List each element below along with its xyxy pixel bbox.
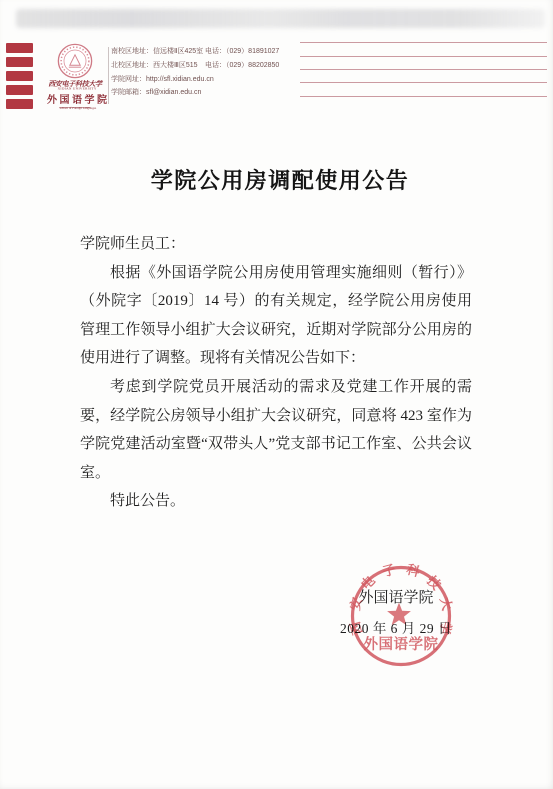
school-name-cn: 外国语学院 [47,95,105,107]
red-bar [6,43,33,53]
ruled-line [300,96,547,97]
page-title: 学院公用房调配使用公告 [10,164,550,195]
ruled-line [300,42,547,43]
seal-bottom-text: 外国语学院 [364,635,439,653]
red-bar [6,99,33,109]
ruled-line [300,69,547,70]
contact-row-email: 学院邮箱：sfl@xidian.edu.cn [111,86,301,100]
letterhead-divider [108,47,109,104]
red-bar [6,57,33,67]
document-body: 学院师生员工： 根据《外国语学院公用房使用管理实施细则（暂行）》（外院字〔201… [80,230,472,516]
body-paragraph: 根据《外国语学院公用房使用管理实施细则（暂行）》（外院字〔2019〕14 号）的… [80,259,472,373]
school-name-en: School of Foreign Languages [59,107,90,110]
scanned-document-page: 西安电子科技大学 XIDIAN UNIVERSITY 外国语学院 School … [0,0,553,789]
star-icon [387,603,411,626]
school-website: 学院网址：http://sfl.xidian.edu.cn [111,73,205,87]
university-name-en: XIDIAN UNIVERSITY [58,88,93,91]
contact-row-south-campus: 南校区地址：信远楼Ⅱ区425室 电话：（029）81891027 [111,45,301,59]
south-campus-address: 南校区地址：信远楼Ⅱ区425室 [111,45,205,59]
contact-row-website: 学院网址：http://sfl.xidian.edu.cn [111,73,301,87]
red-bar [6,85,33,95]
official-seal-stamp: 西安电子科技大学 外国语学院 [339,553,463,677]
body-paragraph: 考虑到学院党员开展活动的需求及党建工作开展的需要，经学院公房领导小组扩大会议研究… [80,373,472,487]
school-email: 学院邮箱：sfl@xidian.edu.cn [111,86,205,100]
letterhead-red-bars [6,43,33,113]
ruled-line [300,56,547,57]
south-campus-phone: 电话：（029）81891027 [205,45,279,59]
ruled-line [300,82,547,83]
closing-line: 特此公告。 [80,487,472,516]
salutation: 学院师生员工： [80,230,472,259]
north-campus-address: 北校区地址：西大楼Ⅲ区515 [111,59,205,73]
scan-artifact-top-band [16,9,545,28]
university-emblem-icon [56,42,94,80]
university-logo: 西安电子科技大学 XIDIAN UNIVERSITY 外国语学院 School … [45,42,105,113]
contact-row-north-campus: 北校区地址：西大楼Ⅲ区515 电话：（029）88202850 [111,59,301,73]
letterhead-contact: 南校区地址：信远楼Ⅱ区425室 电话：（029）81891027 北校区地址：西… [111,45,301,100]
red-bar [6,71,33,81]
seal-ring-text: 西安电子科技大学 [347,561,455,636]
north-campus-phone: 电话：（029）88202850 [205,59,279,73]
